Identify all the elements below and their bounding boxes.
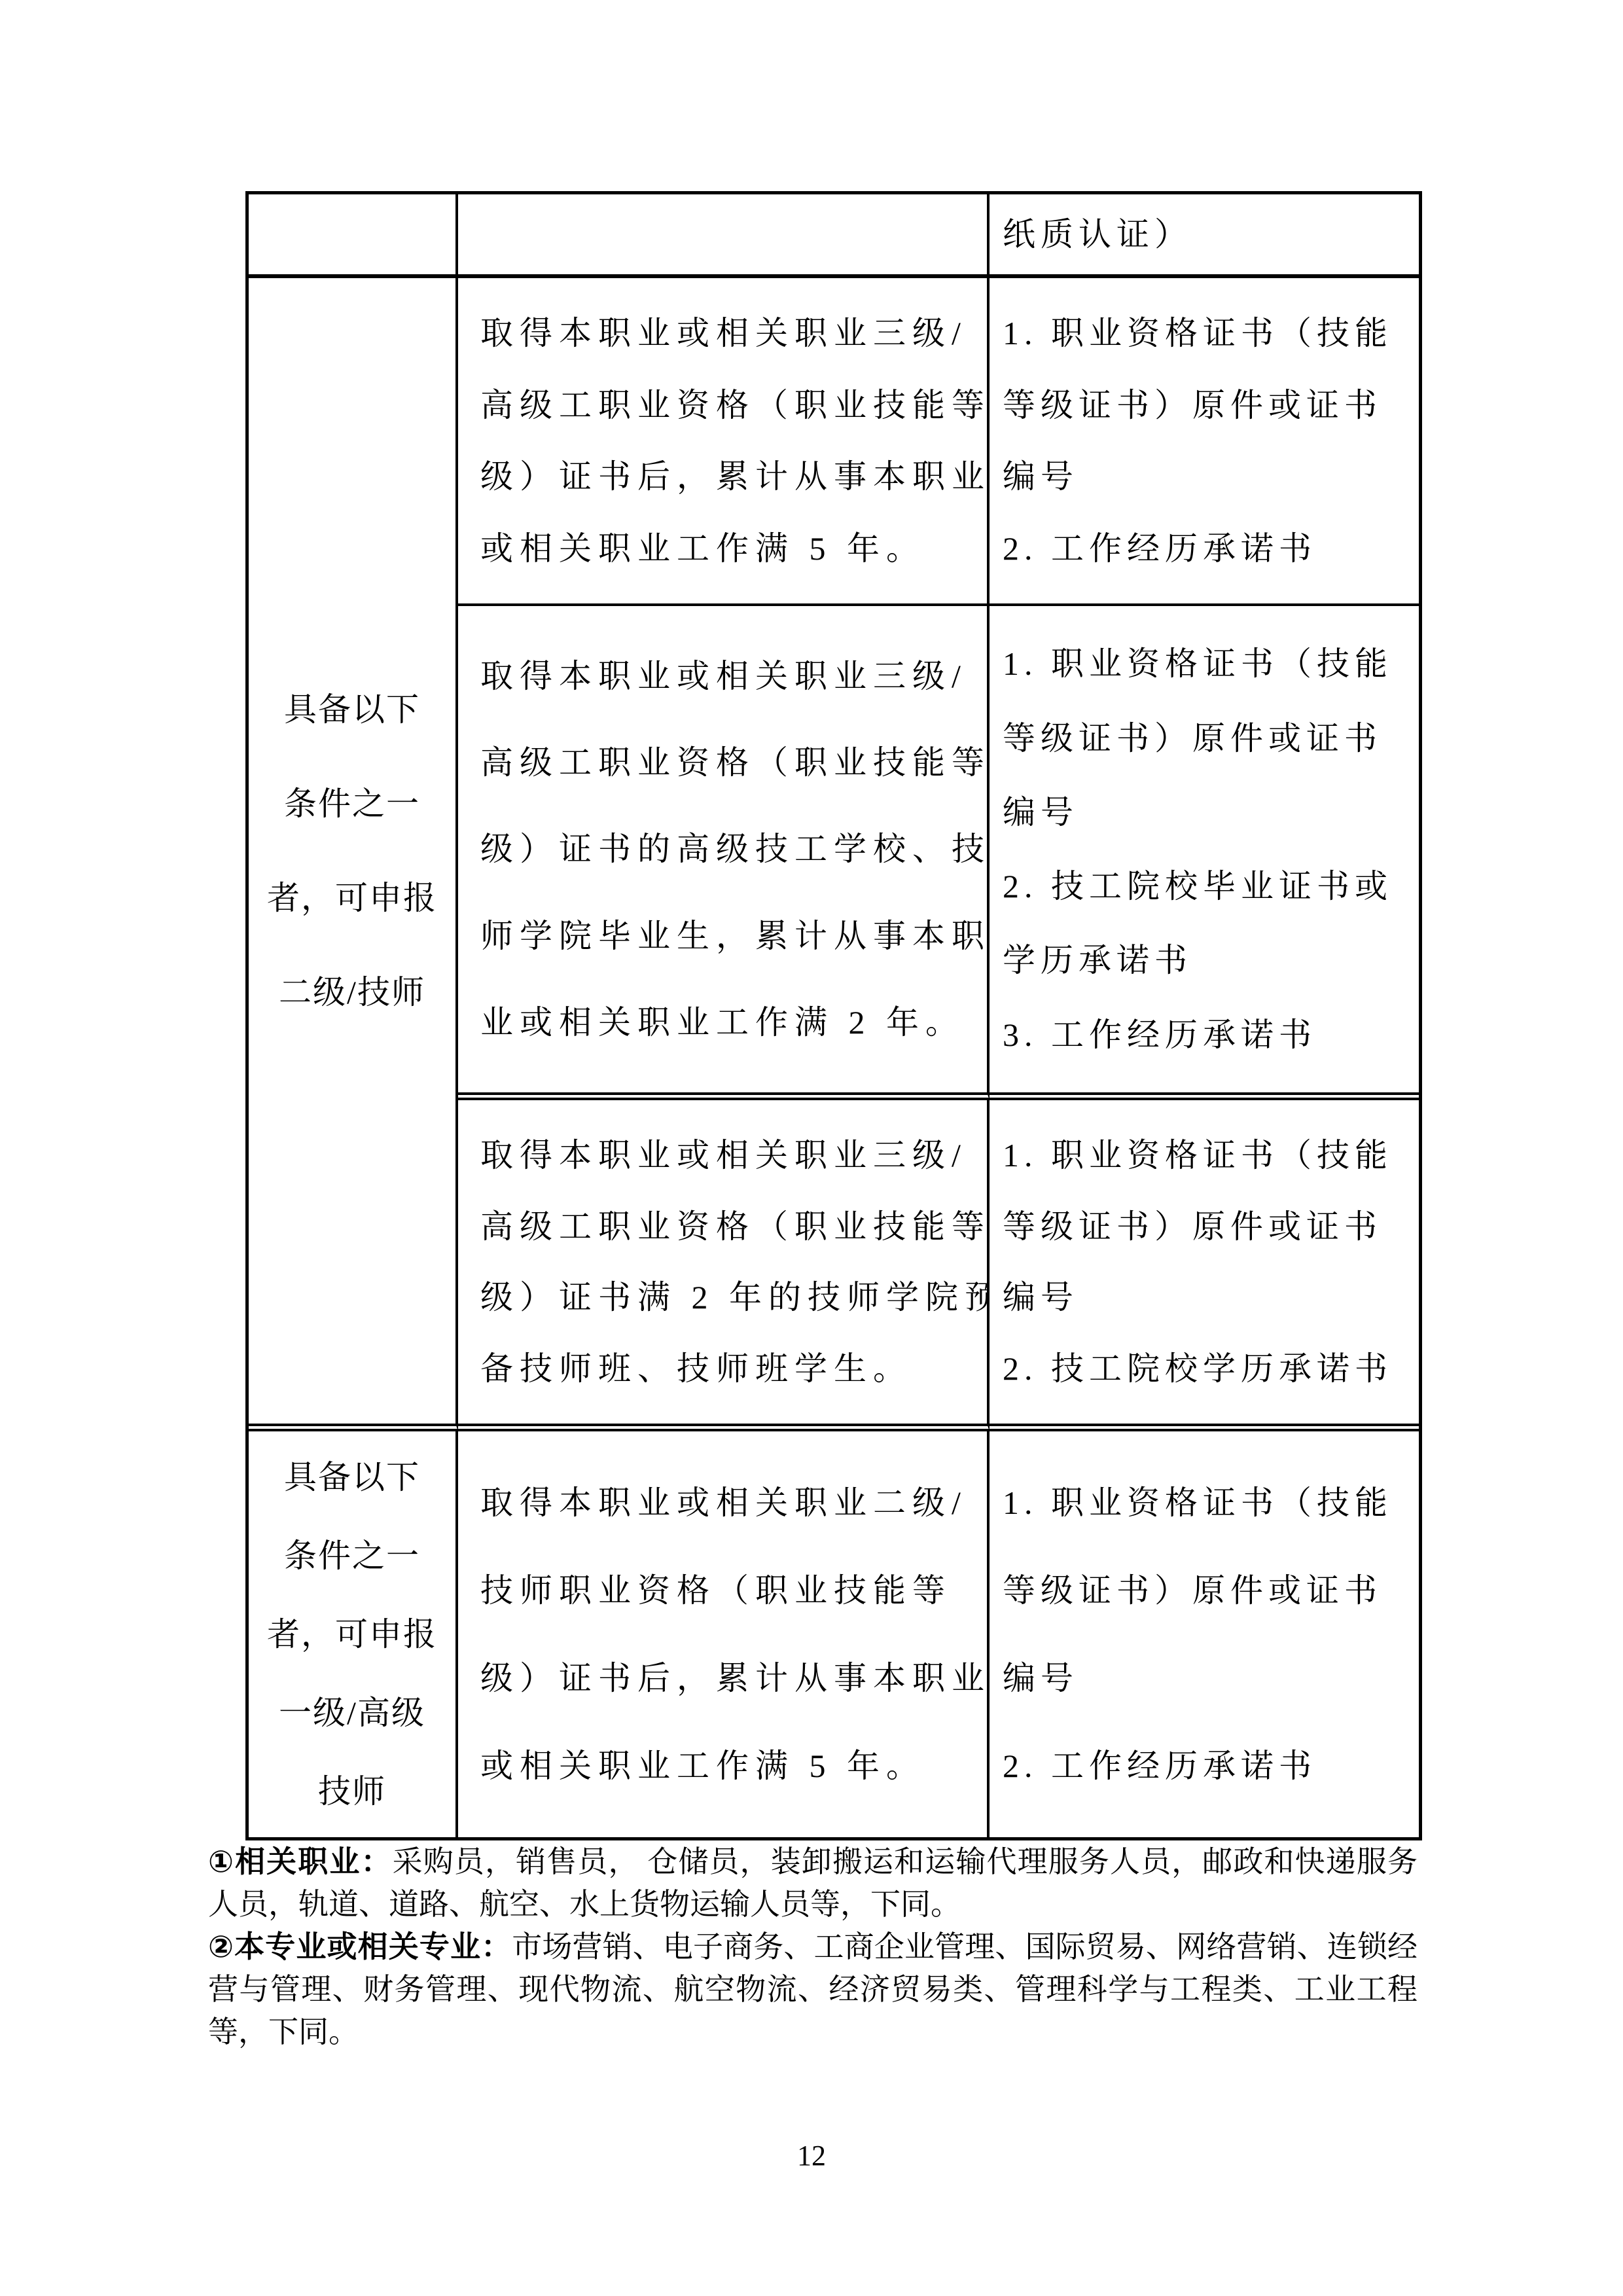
group2-condition-cell: 具备以下条件之一者，可申报一级/高级技师 (249, 1431, 458, 1837)
group2-requirement-cell: 取得本职业或相关职业二级/技师职业资格（职业技能等级）证书后，累计从事本职业或相… (458, 1431, 990, 1837)
footnote-related-occupations: ①相关职业：采购员，销售员， 仓储员，装卸搬运和运输代理服务人员，邮政和快递服务… (208, 1840, 1418, 1926)
group2-materials-cell: 1. 职业资格证书（技能等级证书）原件或证书编号2. 工作经历承诺书 (990, 1431, 1419, 1837)
group1-condition-cell: 具备以下条件之一者，可申报二级/技师 (249, 278, 458, 1431)
group1-sub1-materials-cell: 1. 职业资格证书（技能等级证书）原件或证书编号2. 工作经历承诺书 (990, 278, 1419, 606)
footnote-1-label: ①相关职业： (208, 1844, 393, 1878)
footnote-related-majors: ②本专业或相关专业：市场营销、电子商务、工商企业管理、国际贸易、网络营销、连锁经… (208, 1926, 1418, 2053)
carryover-requirement-cell (458, 194, 990, 278)
document-page: 纸质认证） 具备以下条件之一者，可申报二级/技师 取得本职业或相关职业三级/高级… (0, 0, 1623, 2296)
group1-sub1-requirement-cell: 取得本职业或相关职业三级/高级工职业资格（职业技能等级）证书后，累计从事本职业或… (458, 278, 990, 606)
group1-sub2-materials-cell: 1. 职业资格证书（技能等级证书）原件或证书编号2. 技工院校毕业证书或学历承诺… (990, 606, 1419, 1100)
footnote-2-label: ②本专业或相关专业： (208, 1929, 512, 1964)
carryover-materials-cell: 纸质认证） (990, 194, 1419, 278)
qualification-table: 纸质认证） 具备以下条件之一者，可申报二级/技师 取得本职业或相关职业三级/高级… (245, 191, 1422, 1840)
group1-sub2-requirement-cell: 取得本职业或相关职业三级/高级工职业资格（职业技能等级）证书的高级技工学校、技师… (458, 606, 990, 1100)
carryover-condition-cell (249, 194, 458, 278)
footnotes: ①相关职业：采购员，销售员， 仓储员，装卸搬运和运输代理服务人员，邮政和快递服务… (208, 1840, 1418, 2053)
group1-sub3-requirement-cell: 取得本职业或相关职业三级/高级工职业资格（职业技能等级）证书满 2 年的技师学院… (458, 1100, 990, 1431)
page-number: 12 (0, 2139, 1623, 2172)
group1-sub3-materials-cell: 1. 职业资格证书（技能等级证书）原件或证书编号2. 技工院校学历承诺书 (990, 1100, 1419, 1431)
